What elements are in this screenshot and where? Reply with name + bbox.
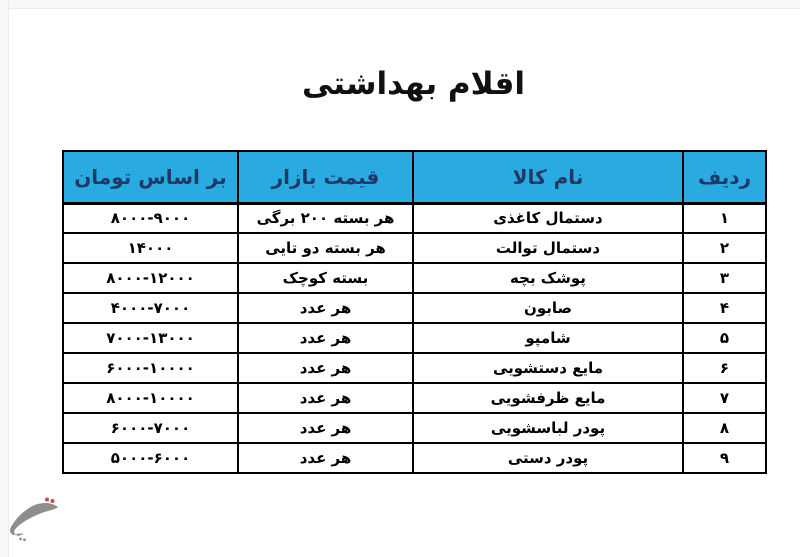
cell-product-name: پوشک بچه bbox=[413, 263, 683, 293]
cell-price: ۶۰۰۰-۱۰۰۰۰ bbox=[63, 353, 238, 383]
header-row-number: ردیف bbox=[683, 151, 766, 203]
cell-product-name: دستمال توالت bbox=[413, 233, 683, 263]
cell-price: ۷۰۰۰-۱۳۰۰۰ bbox=[63, 323, 238, 353]
cell-row-number: ۸ bbox=[683, 413, 766, 443]
cell-product-name: پودر دستی bbox=[413, 443, 683, 473]
watermark-dot bbox=[23, 538, 26, 541]
hygiene-items-table: ردیف نام کالا قیمت بازار بر اساس تومان ۱… bbox=[62, 150, 767, 474]
watermark-stroke bbox=[10, 503, 58, 535]
cell-unit: هر عدد bbox=[238, 293, 413, 323]
page-frame-left bbox=[0, 0, 9, 557]
table-row: ۳ پوشک بچه بسته کوچک ۸۰۰۰-۱۲۰۰۰ bbox=[63, 263, 766, 293]
tasnim-news-logo-watermark bbox=[4, 495, 62, 545]
cell-unit: هر عدد bbox=[238, 443, 413, 473]
cell-unit: هر بسته دو تایی bbox=[238, 233, 413, 263]
table-row: ۵ شامپو هر عدد ۷۰۰۰-۱۳۰۰۰ bbox=[63, 323, 766, 353]
cell-row-number: ۱ bbox=[683, 203, 766, 233]
cell-product-name: مایع دستشویی bbox=[413, 353, 683, 383]
cell-row-number: ۲ bbox=[683, 233, 766, 263]
watermark-dot bbox=[19, 538, 22, 541]
cell-price: ۶۰۰۰-۷۰۰۰ bbox=[63, 413, 238, 443]
cell-price: ۸۰۰۰-۱۲۰۰۰ bbox=[63, 263, 238, 293]
cell-unit: هر عدد bbox=[238, 323, 413, 353]
cell-unit: هر بسته ۲۰۰ برگی bbox=[238, 203, 413, 233]
cell-row-number: ۵ bbox=[683, 323, 766, 353]
cell-price: ۸۰۰۰-۹۰۰۰ bbox=[63, 203, 238, 233]
cell-row-number: ۷ bbox=[683, 383, 766, 413]
table-row: ۱ دستمال کاغذی هر بسته ۲۰۰ برگی ۸۰۰۰-۹۰۰… bbox=[63, 203, 766, 233]
cell-product-name: پودر لباسشویی bbox=[413, 413, 683, 443]
cell-unit: هر عدد bbox=[238, 353, 413, 383]
header-row: ردیف نام کالا قیمت بازار بر اساس تومان bbox=[63, 151, 766, 203]
cell-unit: هر عدد bbox=[238, 383, 413, 413]
watermark-red-dot bbox=[51, 499, 55, 503]
watermark-red-dot bbox=[45, 498, 49, 502]
cell-price: ۱۴۰۰۰ bbox=[63, 233, 238, 263]
watermark-tail bbox=[16, 533, 24, 536]
cell-price: ۸۰۰۰-۱۰۰۰۰ bbox=[63, 383, 238, 413]
header-price-toman: بر اساس تومان bbox=[63, 151, 238, 203]
cell-product-name: دستمال کاغذی bbox=[413, 203, 683, 233]
cell-price: ۵۰۰۰-۶۰۰۰ bbox=[63, 443, 238, 473]
table-row: ۹ پودر دستی هر عدد ۵۰۰۰-۶۰۰۰ bbox=[63, 443, 766, 473]
cell-product-name: صابون bbox=[413, 293, 683, 323]
table-row: ۲ دستمال توالت هر بسته دو تایی ۱۴۰۰۰ bbox=[63, 233, 766, 263]
cell-price: ۴۰۰۰-۷۰۰۰ bbox=[63, 293, 238, 323]
header-product-name: نام کالا bbox=[413, 151, 683, 203]
cell-row-number: ۳ bbox=[683, 263, 766, 293]
table-row: ۷ مایع ظرفشویی هر عدد ۸۰۰۰-۱۰۰۰۰ bbox=[63, 383, 766, 413]
page-frame-top bbox=[0, 0, 800, 9]
cell-unit: هر عدد bbox=[238, 413, 413, 443]
table-row: ۸ پودر لباسشویی هر عدد ۶۰۰۰-۷۰۰۰ bbox=[63, 413, 766, 443]
page-title: اقلام بهداشتی bbox=[62, 66, 765, 102]
cell-unit: بسته کوچک bbox=[238, 263, 413, 293]
cell-product-name: مایع ظرفشویی bbox=[413, 383, 683, 413]
cell-row-number: ۹ bbox=[683, 443, 766, 473]
cell-product-name: شامپو bbox=[413, 323, 683, 353]
header-market-price: قیمت بازار bbox=[238, 151, 413, 203]
table-row: ۶ مایع دستشویی هر عدد ۶۰۰۰-۱۰۰۰۰ bbox=[63, 353, 766, 383]
table-row: ۴ صابون هر عدد ۴۰۰۰-۷۰۰۰ bbox=[63, 293, 766, 323]
cell-row-number: ۶ bbox=[683, 353, 766, 383]
cell-row-number: ۴ bbox=[683, 293, 766, 323]
